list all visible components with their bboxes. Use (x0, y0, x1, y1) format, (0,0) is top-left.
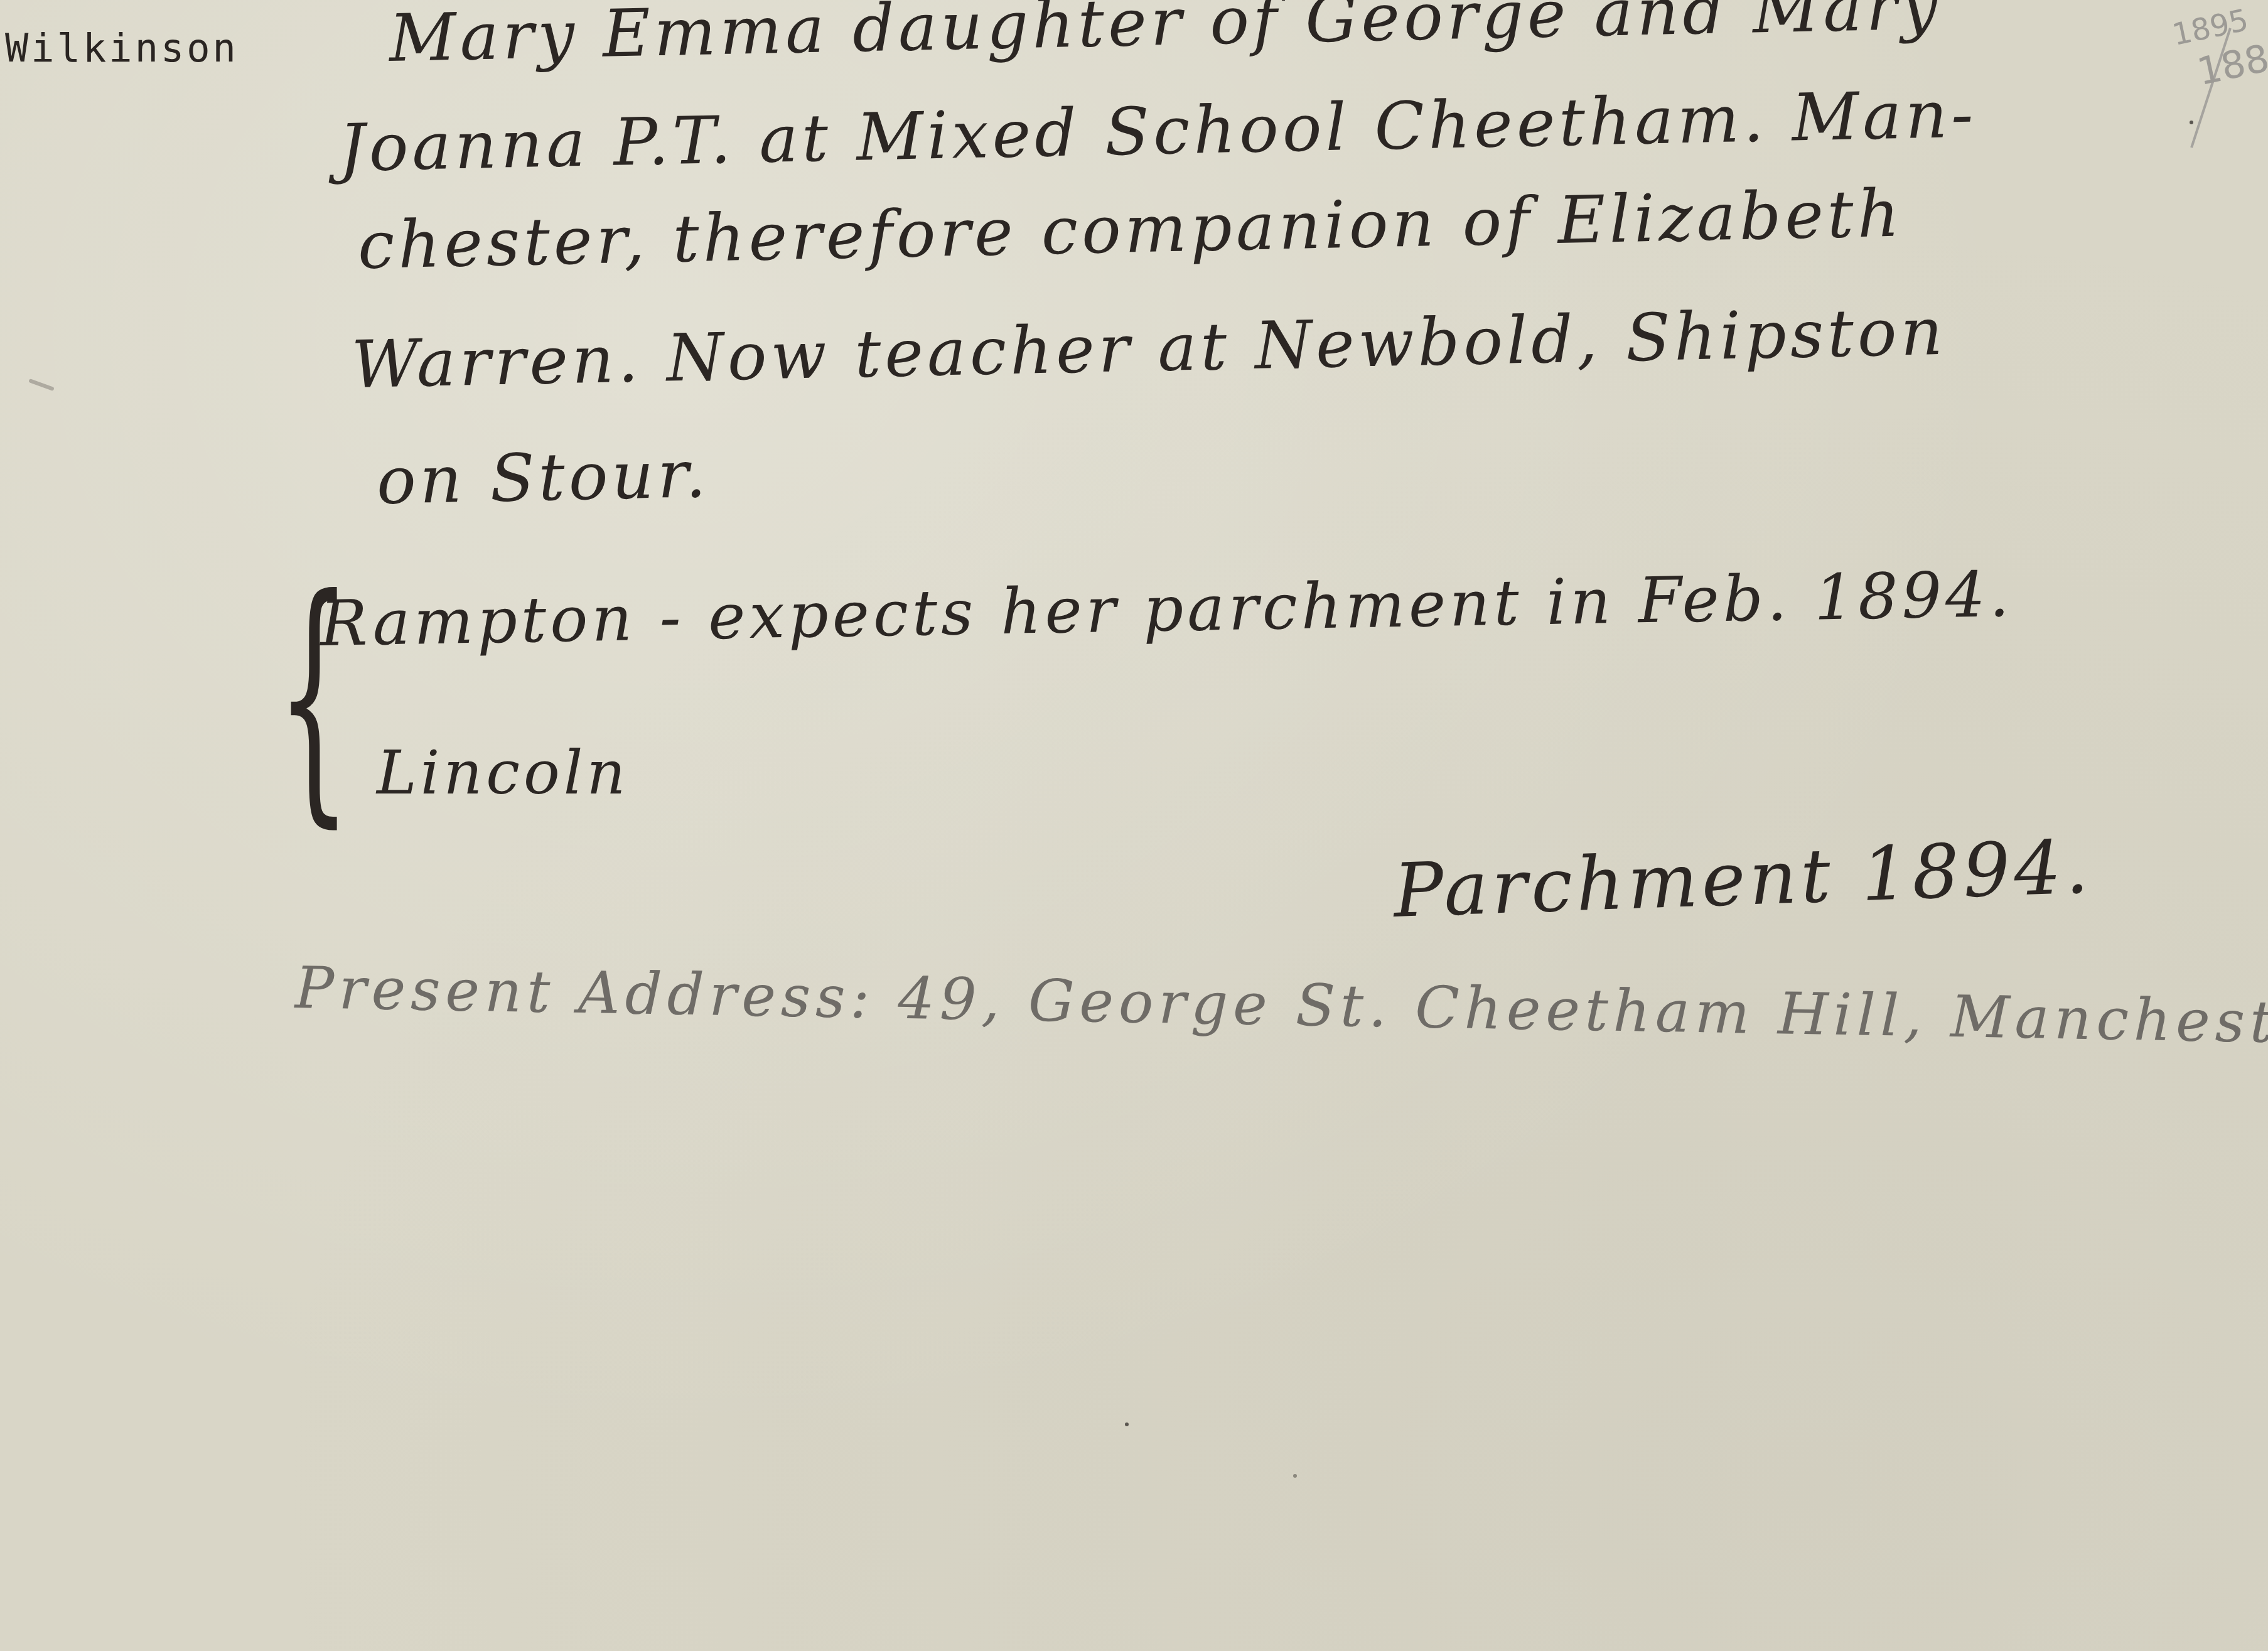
margin-blemish (28, 379, 55, 391)
parchment-date: Parchment 1894. (1392, 823, 2094, 934)
paper-speck (1293, 1474, 1297, 1478)
register-page: Wilkinson Mary Emma daughter of George a… (0, 0, 2268, 1651)
entry-line-5: on Stour. (376, 436, 711, 519)
bracketed-line-lincoln: Lincoln (377, 738, 629, 808)
ink-dot (2190, 121, 2193, 124)
surname-label: Wilkinson (5, 25, 239, 71)
entry-line-3: chester, therefore companion of Elizabet… (357, 175, 1904, 284)
entry-line-1: Mary Emma daughter of George and Mary (389, 0, 1942, 77)
present-address: Present Address: 49, George St. Cheetham… (294, 954, 2268, 1058)
paper-speck (1125, 1422, 1129, 1426)
entry-line-2: Joanna P.T. at Mixed School Cheetham. Ma… (338, 75, 1978, 186)
entry-line-4: Warren. Now teacher at Newbold, Shipston (351, 293, 1947, 403)
bracketed-line-rampton: Rampton - expects her parchment in Feb. … (320, 557, 2013, 660)
